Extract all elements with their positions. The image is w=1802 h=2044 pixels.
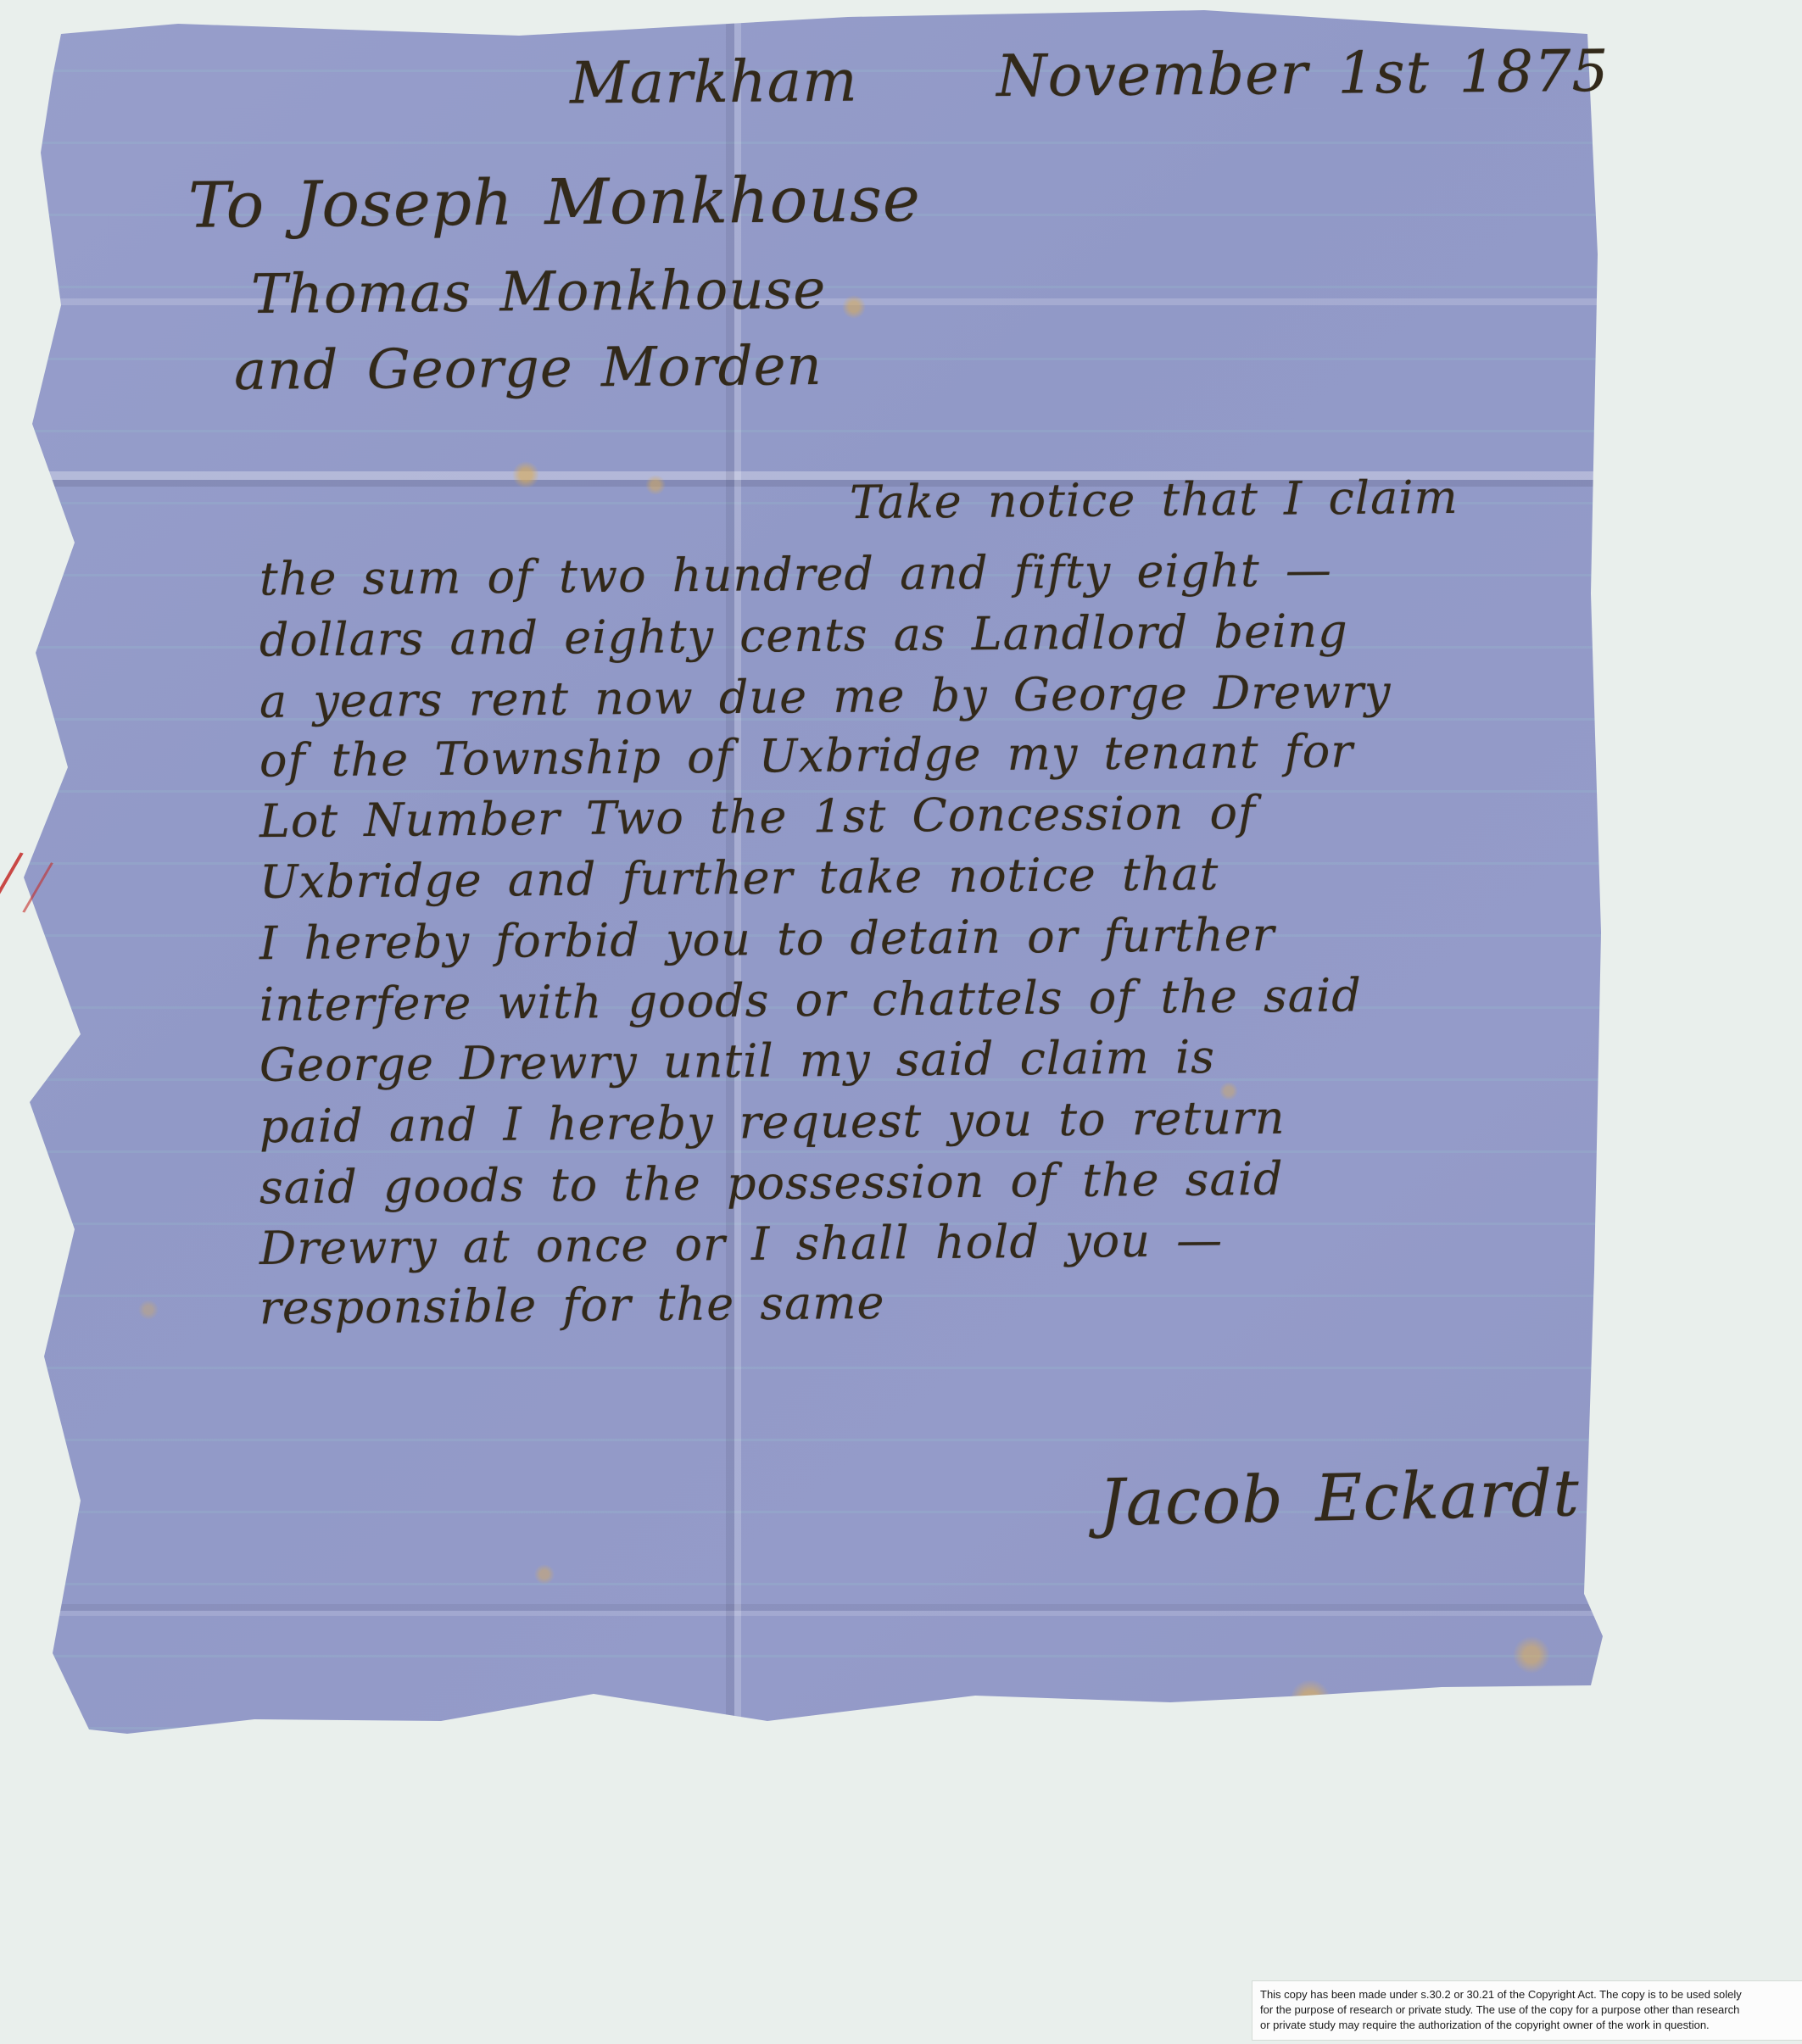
body-line: I hereby forbid you to detain or further: [259, 908, 1275, 970]
body-line: George Drewry until my said claim is: [259, 1030, 1215, 1092]
body-line: dollars and eighty cents as Landlord bei…: [259, 604, 1348, 666]
body-line: of the Township of Uxbridge my tenant fo…: [259, 724, 1354, 787]
body-line: Take notice that I claim: [850, 471, 1459, 529]
copyright-stamp-line: or private study may require the authori…: [1260, 2018, 1794, 2033]
body-line: a years rent now due me by George Drewry: [259, 665, 1392, 728]
body-line: interfere with goods or chattels of the …: [259, 968, 1362, 1031]
addressee-line: Thomas Monkhouse: [251, 259, 827, 326]
body-line: Drewry at once or I shall hold you —: [259, 1213, 1224, 1275]
dateline-date: November 1st 1875: [996, 38, 1610, 110]
copyright-stamp-line: for the purpose of research or private s…: [1260, 2002, 1794, 2018]
body-line: said goods to the possession of the said: [259, 1152, 1284, 1215]
body-line: Uxbridge and further take notice that: [259, 847, 1219, 909]
addressee-line: and George Morden: [234, 335, 823, 403]
dateline-place: Markham: [570, 48, 858, 118]
addressee-line: To Joseph Monkhouse: [188, 163, 921, 242]
body-line: responsible for the same: [259, 1276, 885, 1334]
signature: Jacob Eckardt: [1098, 1455, 1581, 1540]
body-line: paid and I hereby request you to return: [259, 1091, 1286, 1154]
copyright-stamp: This copy has been made under s.30.2 or …: [1252, 1981, 1802, 2040]
body-line: the sum of two hundred and fifty eight —: [259, 543, 1332, 605]
scanned-letter: Markham November 1st 1875 To Joseph Monk…: [0, 0, 1802, 2044]
body-line: Lot Number Two the 1st Concession of: [259, 786, 1256, 848]
copyright-stamp-line: This copy has been made under s.30.2 or …: [1260, 1987, 1794, 2002]
